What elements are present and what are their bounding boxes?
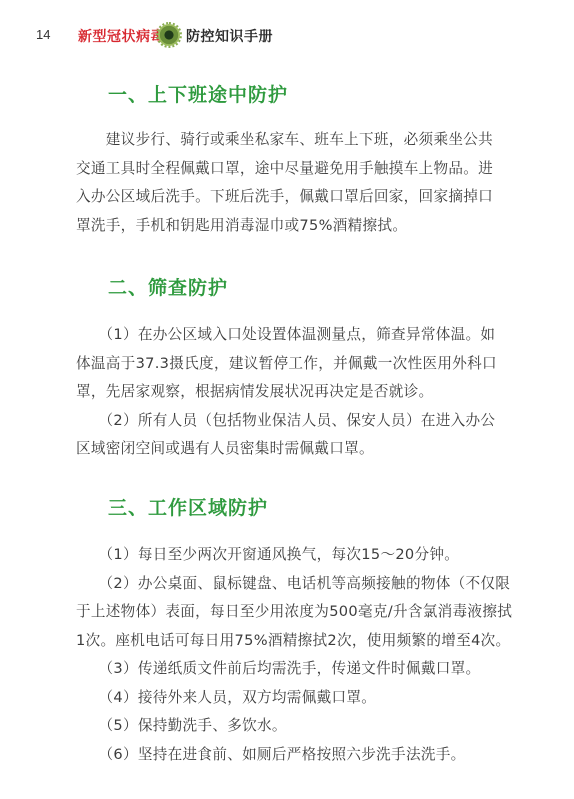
text-line: （1）每日至少两次开窗通风换气，每次15～20分钟。 (76, 541, 502, 570)
text-line: （2）所有人员（包括物业保洁人员、保安人员）在进入办公 (76, 407, 502, 436)
section-title-screening: 二、筛查防护 (108, 273, 228, 300)
text-line: 1次。座机电话可每日用75%酒精擦拭2次，使用频繁的增至4次。 (76, 627, 502, 656)
text-line: 区域密闭空间或遇有人员密集时需佩戴口罩。 (76, 435, 502, 464)
section-title-commute: 一、上下班途中防护 (108, 80, 288, 107)
handbook-title-dark: 防控知识手册 (186, 26, 273, 46)
text-line: 罩，先居家观察，根据病情发展状况再决定是否就诊。 (76, 378, 502, 407)
text-line: （6）坚持在进食前、如厕后严格按照六步洗手法洗手。 (76, 741, 502, 770)
text-line: 建议步行、骑行或乘坐私家车、班车上下班，必须乘坐公共 (76, 126, 502, 155)
text-line: （3）传递纸质文件前后均需洗手，传递文件时佩戴口罩。 (76, 655, 502, 684)
handbook-title-red: 新型冠状病毒 (78, 26, 165, 46)
text-line: （2）办公桌面、鼠标键盘、电话机等高频接触的物体（不仅限 (76, 570, 502, 599)
text-line: （1）在办公区域入口处设置体温测量点，筛查异常体温。如 (76, 321, 502, 350)
text-line: 于上述物体）表面，每日至少用浓度为500毫克/升含氯消毒液擦拭 (76, 598, 502, 627)
text-line: （5）保持勤洗手、多饮水。 (76, 712, 502, 741)
page-header: 14 新型冠状病毒 防控知识手册 (0, 24, 574, 48)
text-line: 罩洗手，手机和钥匙用消毒湿巾或75%酒精擦拭。 (76, 212, 502, 241)
text-line: 体温高于37.3摄氏度，建议暂停工作，并佩戴一次性医用外科口 (76, 350, 502, 379)
section-body-screening: （1）在办公区域入口处设置体温测量点，筛查异常体温。如 体温高于37.3摄氏度，… (76, 321, 502, 464)
section-body-workplace: （1）每日至少两次开窗通风换气，每次15～20分钟。 （2）办公桌面、鼠标键盘、… (76, 541, 502, 769)
text-line: （4）接待外来人员，双方均需佩戴口罩。 (76, 684, 502, 713)
section-title-workplace: 三、工作区域防护 (108, 493, 268, 520)
text-line: 交通工具时全程佩戴口罩，途中尽量避免用手触摸车上物品。进 (76, 155, 502, 184)
text-line: 入办公区域后洗手。下班后洗手，佩戴口罩后回家，回家摘掉口 (76, 183, 502, 212)
page-number: 14 (36, 27, 50, 42)
virus-icon (158, 24, 180, 46)
section-body-commute: 建议步行、骑行或乘坐私家车、班车上下班，必须乘坐公共 交通工具时全程佩戴口罩，途… (76, 126, 502, 240)
